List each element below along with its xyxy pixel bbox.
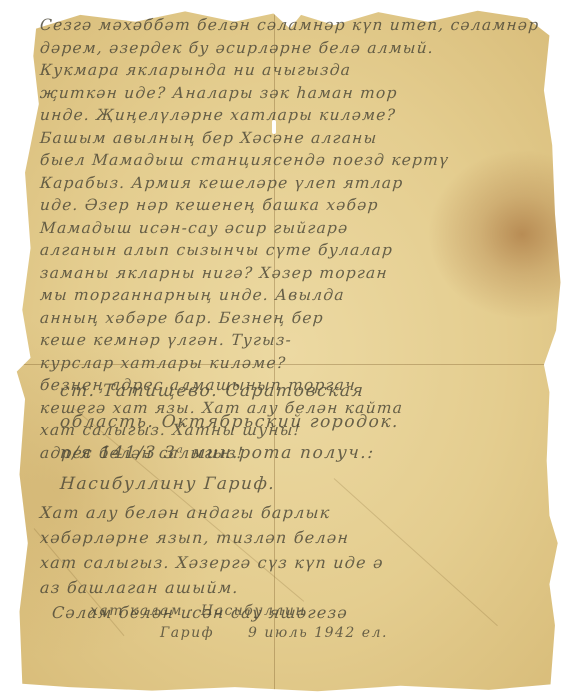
body-line: курслар хатлары киләме? (39, 352, 551, 375)
address-line: область. Октябрьский городок. (59, 407, 551, 438)
body-line: мы торганнарның инде. Авылда (39, 284, 551, 307)
body-line: заманы якларны нигә? Хәзер торган (39, 262, 551, 285)
address-line: Насибуллину Гариф. (59, 469, 551, 500)
signature-date-line: Гариф 9 июль 1942 ел. (90, 622, 510, 644)
body-line: Карабыз. Армия кешеләре үлеп ятлар (39, 172, 551, 195)
body-line: инде. Җиңелүләрне хатлары киләме? (39, 104, 551, 127)
body-line: кеше кемнәр үлгән. Тугыз- (39, 329, 551, 352)
closing-line: хат салыгыз. Хәзергә сүз күп иде ә (39, 550, 551, 575)
body-line: анның хәбәре бар. Безнең бер (39, 307, 551, 330)
body-line: җиткән иде? Аналары зәк һаман тор (39, 82, 551, 105)
signature-line: хат калам · Насибуллин (90, 600, 510, 622)
address-line: ст. Татищево. Саратовская (59, 376, 551, 407)
closing-line: аз башлаган ашыйм. (39, 575, 551, 600)
signature-name: Гариф (160, 625, 214, 641)
closing-line: Хат алу белән андагы барлык (39, 500, 551, 525)
body-line: Мамадыш исән-сау әсир гыйгарә (39, 217, 551, 240)
postal-address: ст. Татищево. Саратовская область. Октяб… (60, 376, 550, 500)
letter-date: 9 июль 1942 ел. (248, 625, 388, 641)
body-line: Кукмара якларында ни ачыгызда (39, 59, 551, 82)
body-line: Сезгә мәхәббәт белән сәламнәр күп итеп, … (39, 14, 551, 37)
body-line: дәрем, әзердек бу әсирләрне белә алмый. (39, 37, 551, 60)
body-line: Башым авылның бер Хәсәне алганы (39, 127, 551, 150)
address-line: п/я 141/3 3ᵃ мин.рота получ.: (59, 438, 551, 469)
body-line: алганын алып сызынчы сүте булалар (39, 239, 551, 262)
body-line: иде. Әзер нәр кешенең башка хәбәр (39, 194, 551, 217)
closing-line: хәбәрләрне язып, тизләп белән (39, 525, 551, 550)
body-line: быел Мамадыш станциясендә поезд кертү (39, 149, 551, 172)
signature-block: хат калам · Насибуллин Гариф 9 июль 1942… (90, 600, 510, 644)
